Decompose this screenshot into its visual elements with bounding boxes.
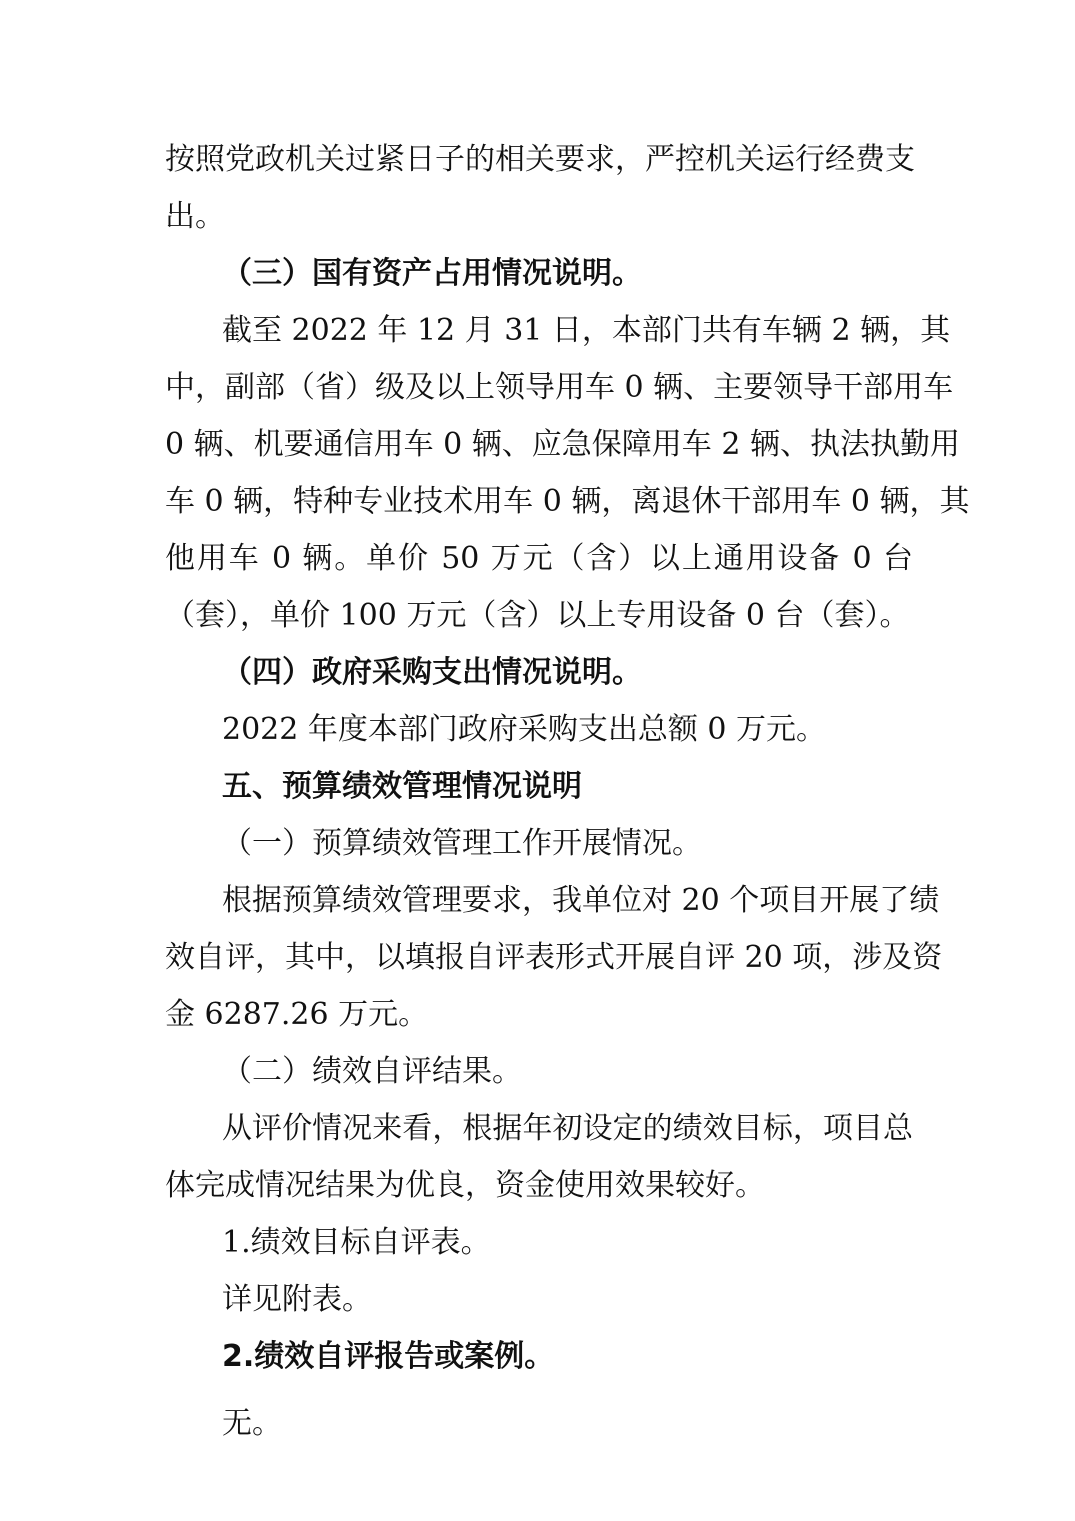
- paragraph-line: 体完成情况结果为优良，资金使用效果较好。: [165, 1166, 765, 1206]
- chapter-heading-5: 五、预算绩效管理情况说明: [222, 767, 582, 807]
- paragraph-line: 中，副部（省）级及以上领导用车 0 辆、主要领导干部用车: [165, 368, 913, 408]
- paragraph-line: 车 0 辆，特种专业技术用车 0 辆，离退休干部用车 0 辆，其: [165, 482, 913, 522]
- paragraph-line: 截至 2022 年 12 月 31 日，本部门共有车辆 2 辆，其: [222, 311, 913, 351]
- section-heading-1: （一）预算绩效管理工作开展情况。: [222, 824, 702, 864]
- section-heading-2: （二）绩效自评结果。: [222, 1052, 522, 1092]
- paragraph-line: 2022 年度本部门政府采购支出总额 0 万元。: [222, 710, 826, 750]
- section-heading-4: （四）政府采购支出情况说明。: [222, 653, 642, 693]
- paragraph-line: 金 6287.26 万元。: [165, 995, 428, 1035]
- paragraph-line: （套），单价 100 万元（含）以上专用设备 0 台（套）。: [165, 596, 910, 636]
- subsection-heading-1: 1.绩效目标自评表。: [222, 1223, 491, 1263]
- section-heading-3: （三）国有资产占用情况说明。: [222, 254, 642, 294]
- paragraph-line: 详见附表。: [222, 1280, 372, 1320]
- paragraph-line: 无。: [222, 1404, 282, 1444]
- subsection-heading-2: 2.绩效自评报告或案例。: [222, 1337, 554, 1377]
- paragraph-line: 出。: [165, 197, 225, 237]
- paragraph-line: 从评价情况来看，根据年初设定的绩效目标，项目总: [222, 1109, 913, 1149]
- paragraph-line: 按照党政机关过紧日子的相关要求，严控机关运行经费支: [165, 140, 913, 180]
- paragraph-line: 根据预算绩效管理要求，我单位对 20 个项目开展了绩: [222, 881, 913, 921]
- paragraph-line: 他用车 0 辆。单价 50 万元（含）以上通用设备 0 台: [165, 539, 913, 579]
- paragraph-line: 0 辆、机要通信用车 0 辆、应急保障用车 2 辆、执法执勤用: [165, 425, 913, 465]
- paragraph-line: 效自评，其中，以填报自评表形式开展自评 20 项，涉及资: [165, 938, 913, 978]
